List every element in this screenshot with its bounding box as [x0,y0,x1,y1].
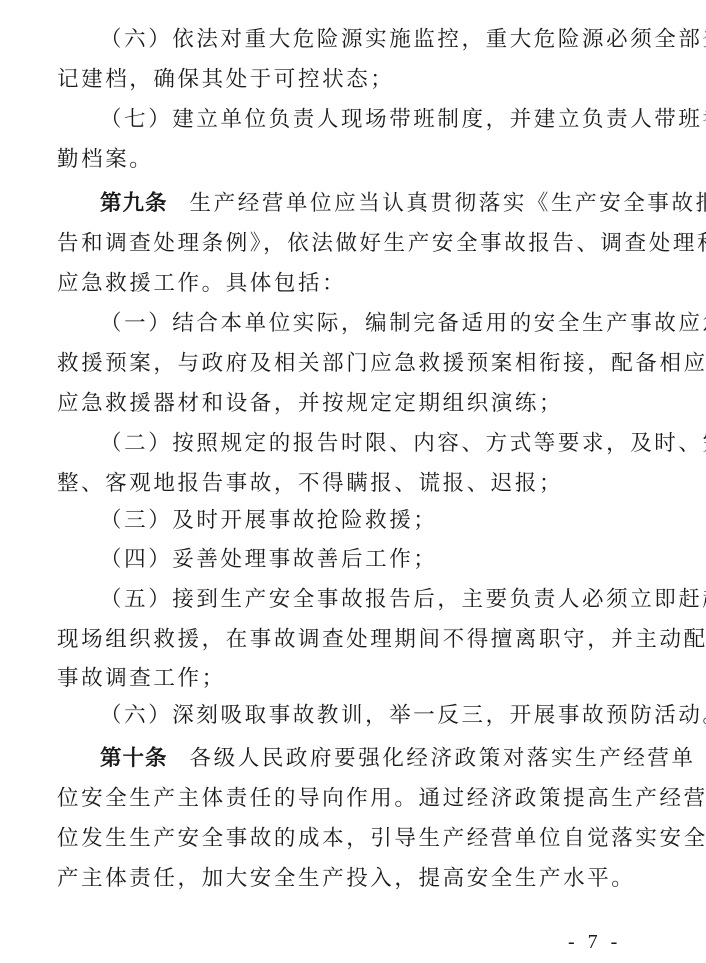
paragraph-line: 整、客观地报告事故，不得瞒报、谎报、迟报； [57,470,657,498]
paragraph-line: 现场组织救援，在事故调查处理期间不得擅离职守，并主动配合 [57,626,657,654]
paragraph-line: （六）深刻吸取事故教训，举一反三，开展事故预防活动。 [100,702,700,730]
article-10-heading: 第十条 [100,746,168,771]
article-9-text: 生产经营单位应当认真贯彻落实《生产安全事故报 [190,191,706,216]
paragraph-line: （二）按照规定的报告时限、内容、方式等要求，及时、完 [100,430,700,458]
paragraph-line: 产主体责任，加大安全生产投入，提高安全生产水平。 [57,865,657,893]
paragraph-line: （三）及时开展事故抢险救援； [100,507,700,535]
paragraph-line: 位发生生产安全事故的成本，引导生产经营单位自觉落实安全生 [57,825,657,853]
article-10-line: 第十条各级人民政府要强化经济政策对落实生产经营单 [100,745,700,773]
paragraph-line: （五）接到生产安全事故报告后，主要负责人必须立即赶赴 [100,586,700,614]
paragraph-line: 告和调查处理条例》，依法做好生产安全事故报告、调查处理和 [57,230,657,258]
paragraph-line: 应急救援工作。具体包括： [57,270,657,298]
article-9-heading: 第九条 [100,191,168,216]
page-number: - 7 - [568,930,621,954]
paragraph-line: （四）妥善处理事故善后工作； [100,546,700,574]
paragraph-line: （一）结合本单位实际，编制完备适用的安全生产事故应急 [100,310,700,338]
paragraph-line: 记建档，确保其处于可控状态； [57,66,657,94]
document-page: （六）依法对重大危险源实施监控，重大危险源必须全部登 记建档，确保其处于可控状态… [0,0,706,963]
paragraph-line: 应急救援器材和设备，并按规定定期组织演练； [57,390,657,418]
article-9-line: 第九条生产经营单位应当认真贯彻落实《生产安全事故报 [100,190,700,218]
paragraph-line: 事故调查工作； [57,665,657,693]
paragraph-line: （六）依法对重大危险源实施监控，重大危险源必须全部登 [100,26,700,54]
paragraph-line: 救援预案，与政府及相关部门应急救援预案相衔接，配备相应的 [57,350,657,378]
paragraph-line: 勤档案。 [57,146,657,174]
paragraph-line: （七）建立单位负责人现场带班制度，并建立负责人带班考 [100,106,700,134]
paragraph-line: 位安全生产主体责任的导向作用。通过经济政策提高生产经营单 [57,785,657,813]
article-10-text: 各级人民政府要强化经济政策对落实生产经营单 [190,746,696,771]
